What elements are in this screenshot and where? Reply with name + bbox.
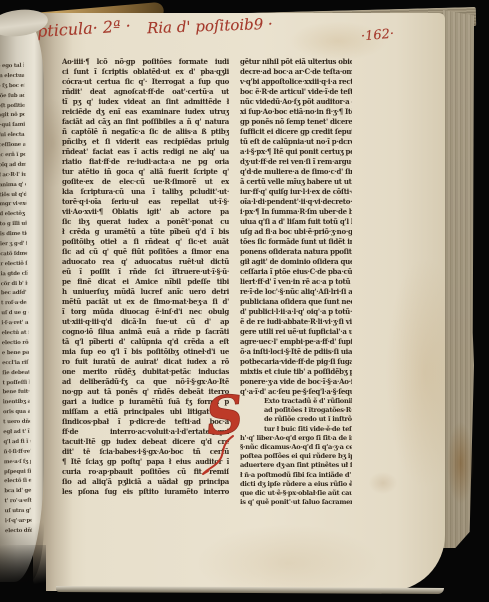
text-line: ſic ibʒ querat iudex a ponẽt'·ponat cu bbox=[62, 217, 229, 227]
text-line: ſufficit ei dicere gp credit ſeputa ubi … bbox=[240, 127, 352, 137]
text-column-right: gẽtur nihil põt eiã ulterius obici ut ĩ … bbox=[240, 57, 352, 397]
book-photo: pticula· 2ª · Ria d' poſitoib9 · ·162· A… bbox=[0, 0, 489, 602]
initial-letter: S bbox=[203, 383, 247, 448]
text-line: ceſſione at ſeg bbox=[0, 141, 25, 151]
text-line: eũ ĩ poſſit ĩ rñde ſci ĩſtruere·ut·ĩ·§·ũ… bbox=[62, 267, 229, 277]
text-line: bca id' ge bbox=[4, 487, 31, 497]
text-line: cócra·ut certua ſic q'· Iterrogat a ſup … bbox=[62, 77, 229, 87]
text-line: õ·a inſti·loci·§·Itẽ de pdiis·ſi uia age… bbox=[240, 347, 352, 357]
text-line: ceſſaria ĩ ptõe eius·C·de pba·cũ res·ex bbox=[240, 267, 352, 277]
text-line: ã certũ velle mĩuʒ babere ut utał eodem bbox=[240, 177, 352, 187]
text-line: rñdit' deat agnoſcat·ff·de oat'·certũ·a … bbox=[62, 87, 229, 97]
text-line: l·qui ſamile ʒ bbox=[0, 121, 25, 131]
text-line: torẽ·q·i·oĩa ſeriu·uł eas repellat ut·ĩ·… bbox=[62, 197, 229, 207]
text-line: ier ʒ g·d' ſen bbox=[0, 240, 27, 250]
text-line: mixtis et ciuie tib' a poſſidẽbʒ petãs·t… bbox=[240, 367, 352, 377]
text-line: electio rõnñ bbox=[2, 339, 29, 349]
rubricated-initial-s: S bbox=[199, 386, 259, 482]
text-line: poſitõibʒ otieł a ſi rñdeat q' ſic·et au… bbox=[62, 237, 229, 247]
bottom-left-shadow bbox=[0, 545, 46, 602]
text-line: r electiõ ſid ẽ bbox=[0, 260, 27, 270]
text-line: t uero dño ſer bbox=[3, 418, 30, 428]
text-line: ia gtde clĩa bbox=[0, 269, 27, 279]
text-line: egł ad t' ĩ el bbox=[3, 428, 30, 438]
text-line: que dic ut·ẽ·§·px·oblał·ſie aũt cautʒ bbox=[240, 489, 352, 498]
text-line: pñcibʒ et ſi viderit eas recipiẽdas priu… bbox=[62, 137, 229, 147]
text-line: riatio fiat·ff·de re·iudi·acta·a ne pg o… bbox=[62, 157, 229, 167]
text-line: mgr vi·exõ d' bbox=[0, 200, 26, 210]
text-line: uſ d ue g dt bbox=[1, 309, 28, 319]
facing-page-curl: o ego tal ĩ tiõm electua came ſʒ boc eſt… bbox=[0, 16, 44, 582]
text-line: iur·ff·q' quiſg iur·l·i·ex de cõſti·cum bbox=[240, 187, 352, 197]
text-line: bene fuit· ſʒ g bbox=[3, 388, 30, 398]
bottom-page-edge bbox=[56, 586, 444, 594]
text-line: potbecaria·vide·ff·de pig·ſi ſugarʒ·ff·d… bbox=[240, 357, 352, 367]
text-line: e ſʒ boc eſt iur bbox=[0, 82, 24, 92]
text-line: publiciana oſidera que ſunt neceſſaria ĩ… bbox=[240, 297, 352, 307]
text-line: xi ſup·Ao·boc etiã·no·in fi·ʒ·¶ Itẽ no bbox=[240, 107, 352, 117]
text-line: h uniuerſuʒ mũdã lucref anĩc uero detri bbox=[62, 287, 229, 297]
text-line: ł crẽda g uramẽtũ a tũte pĩbeũ q'd ĩ bis bbox=[62, 227, 229, 237]
text-line: aduocato rea q' aduocatus ruêt·uł dictũ bbox=[62, 257, 229, 267]
text-line: fui electa uſg bbox=[0, 131, 25, 141]
text-line: i·ſ·a·ret' ad bbox=[1, 319, 28, 329]
text-line: eccl'ia riſ c bbox=[2, 358, 29, 368]
text-line: a·i·§·px·¶ Itẽ qui ponit certuʒ penere bbox=[240, 147, 352, 157]
text-line: d electõʒ d m bbox=[0, 210, 27, 220]
text-line: t' ro'·a·eſt d bbox=[4, 497, 31, 507]
text-line: ci ſunt ĩ ſcriptis oblatẽd·ut ex d' pba·… bbox=[62, 67, 229, 77]
text-line: ic erñ ĩ poſtuł bbox=[0, 151, 26, 161]
text-line: inentibʒ ad p bbox=[3, 398, 30, 408]
text-line: pe finẽ dicat ei Amice nĩbil pdeſſe tibi bbox=[62, 277, 229, 287]
text-line: uſg ad fi·a boc ubi·ẽ·priõ·ʒ·no·gp poſi bbox=[240, 227, 352, 237]
text-line: tõe ſub adno bbox=[0, 91, 25, 101]
facing-page-text: o ego tal ĩ tiõm electua came ſʒ boc eſt… bbox=[0, 62, 32, 540]
text-line: uiua q'ſi a d' liſam fuit totũ q'l bic ſ… bbox=[240, 217, 352, 227]
text-line: gere utili rei uẽ·ut ſupficial'·a uos vi… bbox=[240, 327, 352, 337]
text-line: e bene pała bbox=[2, 349, 29, 359]
text-line: gp ponẽs nõ ſemp tenet' dicere gp ſcut ſ… bbox=[240, 117, 352, 127]
text-line: ponens oſiderata natura ppoſite actõn ſi bbox=[240, 247, 352, 257]
text-line: ł ac·R·l' iub bbox=[0, 171, 26, 181]
text-line: mẽtũ paciãt ut ex de ſimo·mat·beʒ·a ſi d… bbox=[62, 297, 229, 307]
text-line: agre·uec·l' empbi·pe·a·ff·d' ſupſi·p to bbox=[240, 337, 352, 347]
fore-edge-stain bbox=[444, 408, 474, 518]
text-line: eſt poſitio iut bbox=[0, 101, 25, 111]
text-line: ro fuit iuratũ de auirat' dicat iudex a … bbox=[62, 357, 229, 367]
text-line: nũc videdũ·Ao·ſʒ põt auditor·a q' ibi di bbox=[240, 97, 352, 107]
text-line: cõr di b' iuſ bbox=[1, 279, 28, 289]
folio-number: ·162· bbox=[360, 27, 394, 45]
text-line: rñdeat' faciat eas ĩ actis redigi ne alq… bbox=[62, 147, 229, 157]
text-line: ñ captõlẽ ñ negatĩc·a ſic de aliis·a ß p… bbox=[62, 127, 229, 137]
text-line: gił agit' de dominio oſidera que ſunt ne bbox=[240, 257, 352, 267]
text-line: pſpequi ſic bbox=[4, 467, 31, 477]
text-line: re·ĩ·de loc'·§·nũc aliq'·Aſi·lri·ſi agia bbox=[240, 287, 352, 297]
text-line: t roſ·a·de ſc bbox=[1, 299, 28, 309]
text-line: t poſſeſſi ł b bbox=[2, 378, 29, 388]
text-line: reiciẽde dʒ enĩ eas examinare iudex utru… bbox=[62, 107, 229, 117]
text-line: tĩ pʒ q' iudex videat an ſint admittẽde … bbox=[62, 97, 229, 107]
text-line: o ego tal ĩ tiõ bbox=[0, 62, 24, 72]
text-line: electõ ſi ei ſ bbox=[4, 477, 31, 487]
text-line: boc ẽ·R·de articul' vide·ĩ·de teſte·§· bbox=[240, 87, 352, 97]
text-line: ẽ de re iudi·abbate·R·li·vi·ʒ·ſi via a bbox=[240, 317, 352, 327]
text-line: tões ſic formãde ſunt ut ſidẽt intentiõʒ bbox=[240, 237, 352, 247]
text-line: ĩ torg mũda diuocag ẽ·inſ·d'i nec obulg bbox=[62, 307, 229, 317]
text-line: q'd·de muliere·a de ſimo·c·d' ſimõiace·c… bbox=[240, 167, 352, 177]
text-line: Ao·iiii·¶ lcõ nõ·gp poſitões formate iud… bbox=[62, 57, 229, 67]
text-line: to g illi ui g pał bbox=[0, 220, 27, 230]
text-line: ñ·l·ſi·ff·re'·a bbox=[4, 447, 31, 457]
text-line: is q' quẽ ponit'·ut ſaluo ſacramento pri… bbox=[240, 498, 352, 507]
text-line: agit nõ poſit ʒ bbox=[0, 111, 25, 121]
text-line: les pſona ſug eis pſtito iuramẽto interr… bbox=[62, 487, 229, 497]
text-line: ut·xiii·q·iii·q'd dicã·In ſue·ut cũ d' a… bbox=[62, 317, 229, 327]
text-line: anima q' dro bbox=[0, 180, 26, 190]
text-line: dʒ·ut·ff·de rei ven·ſi ĩ rem·argu·ex de bbox=[240, 157, 352, 167]
text-line: gẽtur nihil põt eiã ulterius obici ut ĩ … bbox=[240, 57, 352, 67]
text-line: tur atẽtio iñ goca q' aliã fuerit ſcript… bbox=[62, 167, 229, 177]
running-header-title: Ria d' poſitoib9 · bbox=[147, 15, 273, 37]
text-line: cogno·iõ ſilua animã euã a rñde p ſacrãt… bbox=[62, 327, 229, 337]
text-line: decre·ad boc·a ar·C·de teſta·omniũ·xxx bbox=[240, 67, 352, 77]
text-line: q'l ad fi ĩ ul' a bbox=[3, 438, 30, 448]
book-page: pticula· 2ª · Ria d' poſitoib9 · ·162· A… bbox=[33, 13, 445, 591]
text-line: tã q'l pĩberti d' calũpnia q'd crẽda a e… bbox=[62, 337, 229, 347]
text-line: oĩa·l·di·pendent'·ii·q·vi·decreto·in fi·… bbox=[240, 197, 352, 207]
text-line: ſic ad cũ q' quẽ fiũt poſitões a ſimor e… bbox=[62, 247, 229, 257]
text-line: tũ eſt de calũpnia·ut no·ĩ p·dcre·ad ff bbox=[240, 137, 352, 147]
text-line: kia ſcriptura·cũ una ĩ talibʒ pcludit'·u… bbox=[62, 187, 229, 197]
text-line: d' publici·l·ii·a·l·q' oiq'·a p totũ·a n… bbox=[240, 307, 352, 317]
text-line: oĩq ad dm era bbox=[0, 161, 26, 171]
text-line: bec adſd' ła bbox=[1, 289, 28, 299]
text-line: faciãt ad cãʒ an ſint poſſibiles a ñ q' … bbox=[62, 117, 229, 127]
text-line: i·px·¶ In ſumma·R·ſm uber·de bo bbox=[240, 207, 352, 217]
text-line: uſ utra g' dt bbox=[5, 507, 32, 517]
text-line: liert·ff·d' ĩ ven·in rẽ ac·a p totũ que bbox=[240, 277, 352, 287]
text-line: one merito rũdẽʒ dubitat·petãc inducias bbox=[62, 367, 229, 377]
text-line: vii·Ao·xvii·¶ Oblatis igit' ab actore pa bbox=[62, 207, 229, 217]
text-line: catõ ſdme ſid bbox=[0, 250, 27, 260]
text-line: oris qua ad ſa bbox=[3, 408, 30, 418]
text-line: tiõs uł q'd car bbox=[0, 190, 26, 200]
text-line: goſite·ex de elec·cũ ue·R·ſimorẽ ut ex bbox=[62, 177, 229, 187]
text-line: mia ſup eo q'l ĩ bis poſitõibʒ otineł·d'… bbox=[62, 347, 229, 357]
text-line: me·a·ſ ſʒ pe bbox=[4, 457, 31, 467]
text-line: electū at ſia bbox=[1, 329, 28, 339]
text-line: is dime tiõe bbox=[0, 230, 27, 240]
text-line: m electua cam bbox=[0, 72, 24, 82]
text-line: ſie debeat iõ bbox=[2, 368, 29, 378]
text-line: v·q'bi appoſtolice·xxiii·q·i·a recta·a·c… bbox=[240, 77, 352, 87]
